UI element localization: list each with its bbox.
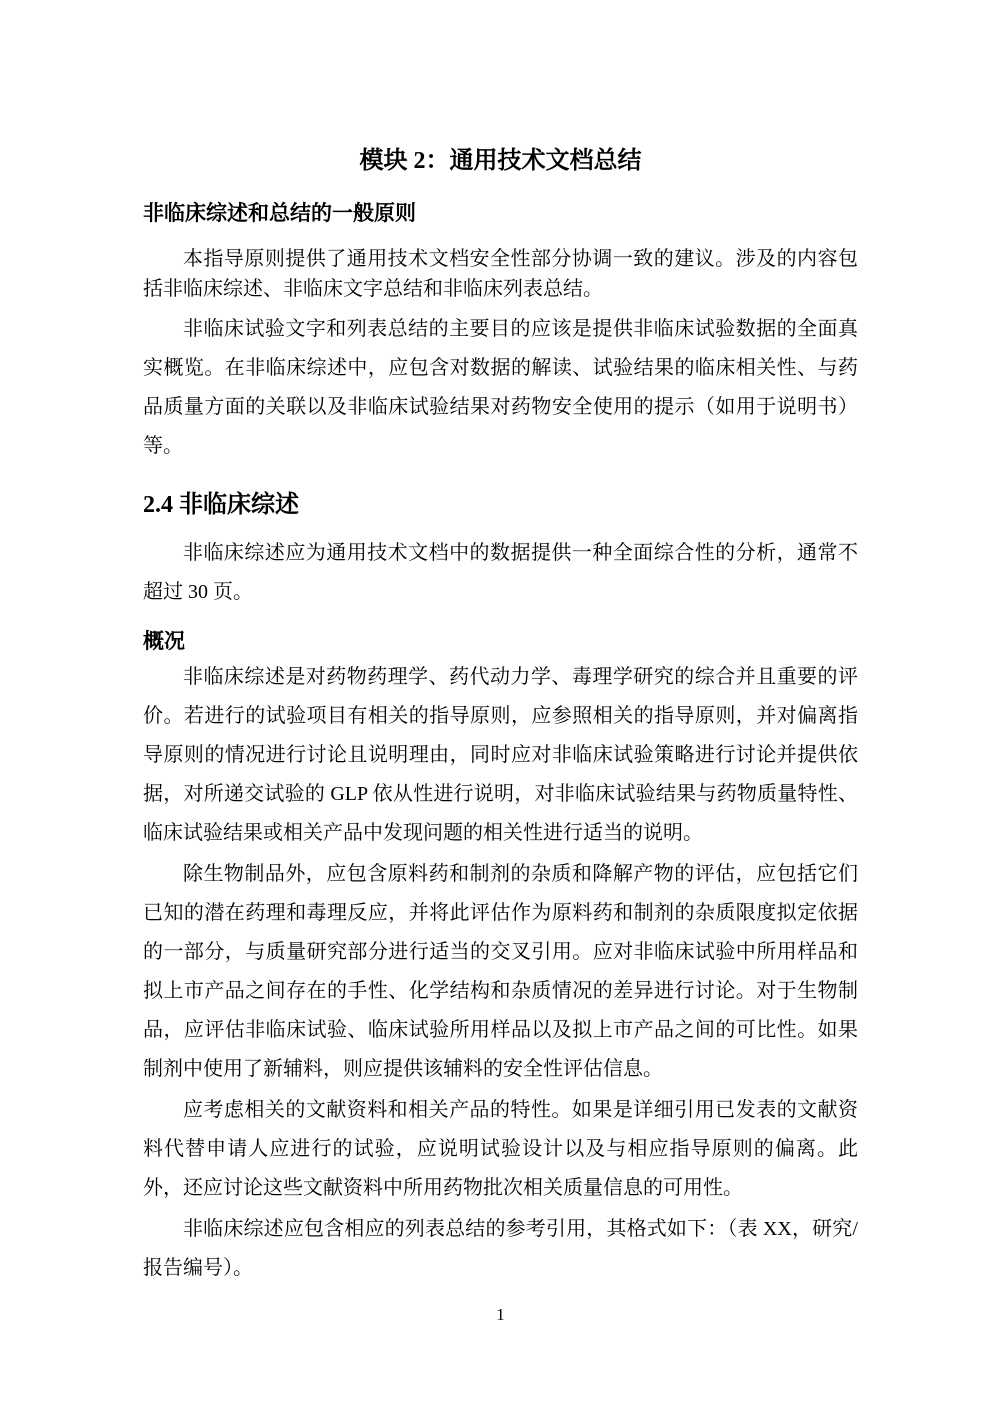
document-page: 模块 2：通用技术文档总结 非临床综述和总结的一般原则 本指导原则提供了通用技术… — [0, 0, 1000, 1415]
paragraph-nonclinical-overview-intro: 非临床综述应为通用技术文档中的数据提供一种全面综合性的分析，通常不超过 30 页… — [143, 534, 858, 612]
paragraph-overview-2: 除生物制品外，应包含原料药和制剂的杂质和降解产物的评估，应包括它们已知的潜在药理… — [143, 855, 858, 1089]
page-number: 1 — [143, 1303, 858, 1327]
paragraph-general-principles-2: 非临床试验文字和列表总结的主要目的应该是提供非临床试验数据的全面真实概览。在非临… — [143, 310, 858, 466]
paragraph-general-principles-1: 本指导原则提供了通用技术文档安全性部分协调一致的建议。涉及的内容包括非临床综述、… — [143, 244, 858, 304]
paragraph-overview-1: 非临床综述是对药物药理学、药代动力学、毒理学研究的综合并且重要的评价。若进行的试… — [143, 658, 858, 853]
document-title: 模块 2：通用技术文档总结 — [143, 144, 858, 178]
paragraph-overview-4: 非临床综述应包含相应的列表总结的参考引用，其格式如下：（表 XX，研究/报告编号… — [143, 1210, 858, 1288]
heading-overview: 概况 — [143, 626, 858, 656]
section-nonclinical-overview: 2.4 非临床综述 非临床综述应为通用技术文档中的数据提供一种全面综合性的分析，… — [143, 488, 858, 1288]
section-general-principles: 非临床综述和总结的一般原则 本指导原则提供了通用技术文档安全性部分协调一致的建议… — [143, 198, 858, 466]
heading-general-principles: 非临床综述和总结的一般原则 — [143, 198, 858, 228]
heading-2-4-nonclinical-overview: 2.4 非临床综述 — [143, 488, 858, 522]
paragraph-overview-3: 应考虑相关的文献资料和相关产品的特性。如果是详细引用已发表的文献资料代替申请人应… — [143, 1091, 858, 1208]
